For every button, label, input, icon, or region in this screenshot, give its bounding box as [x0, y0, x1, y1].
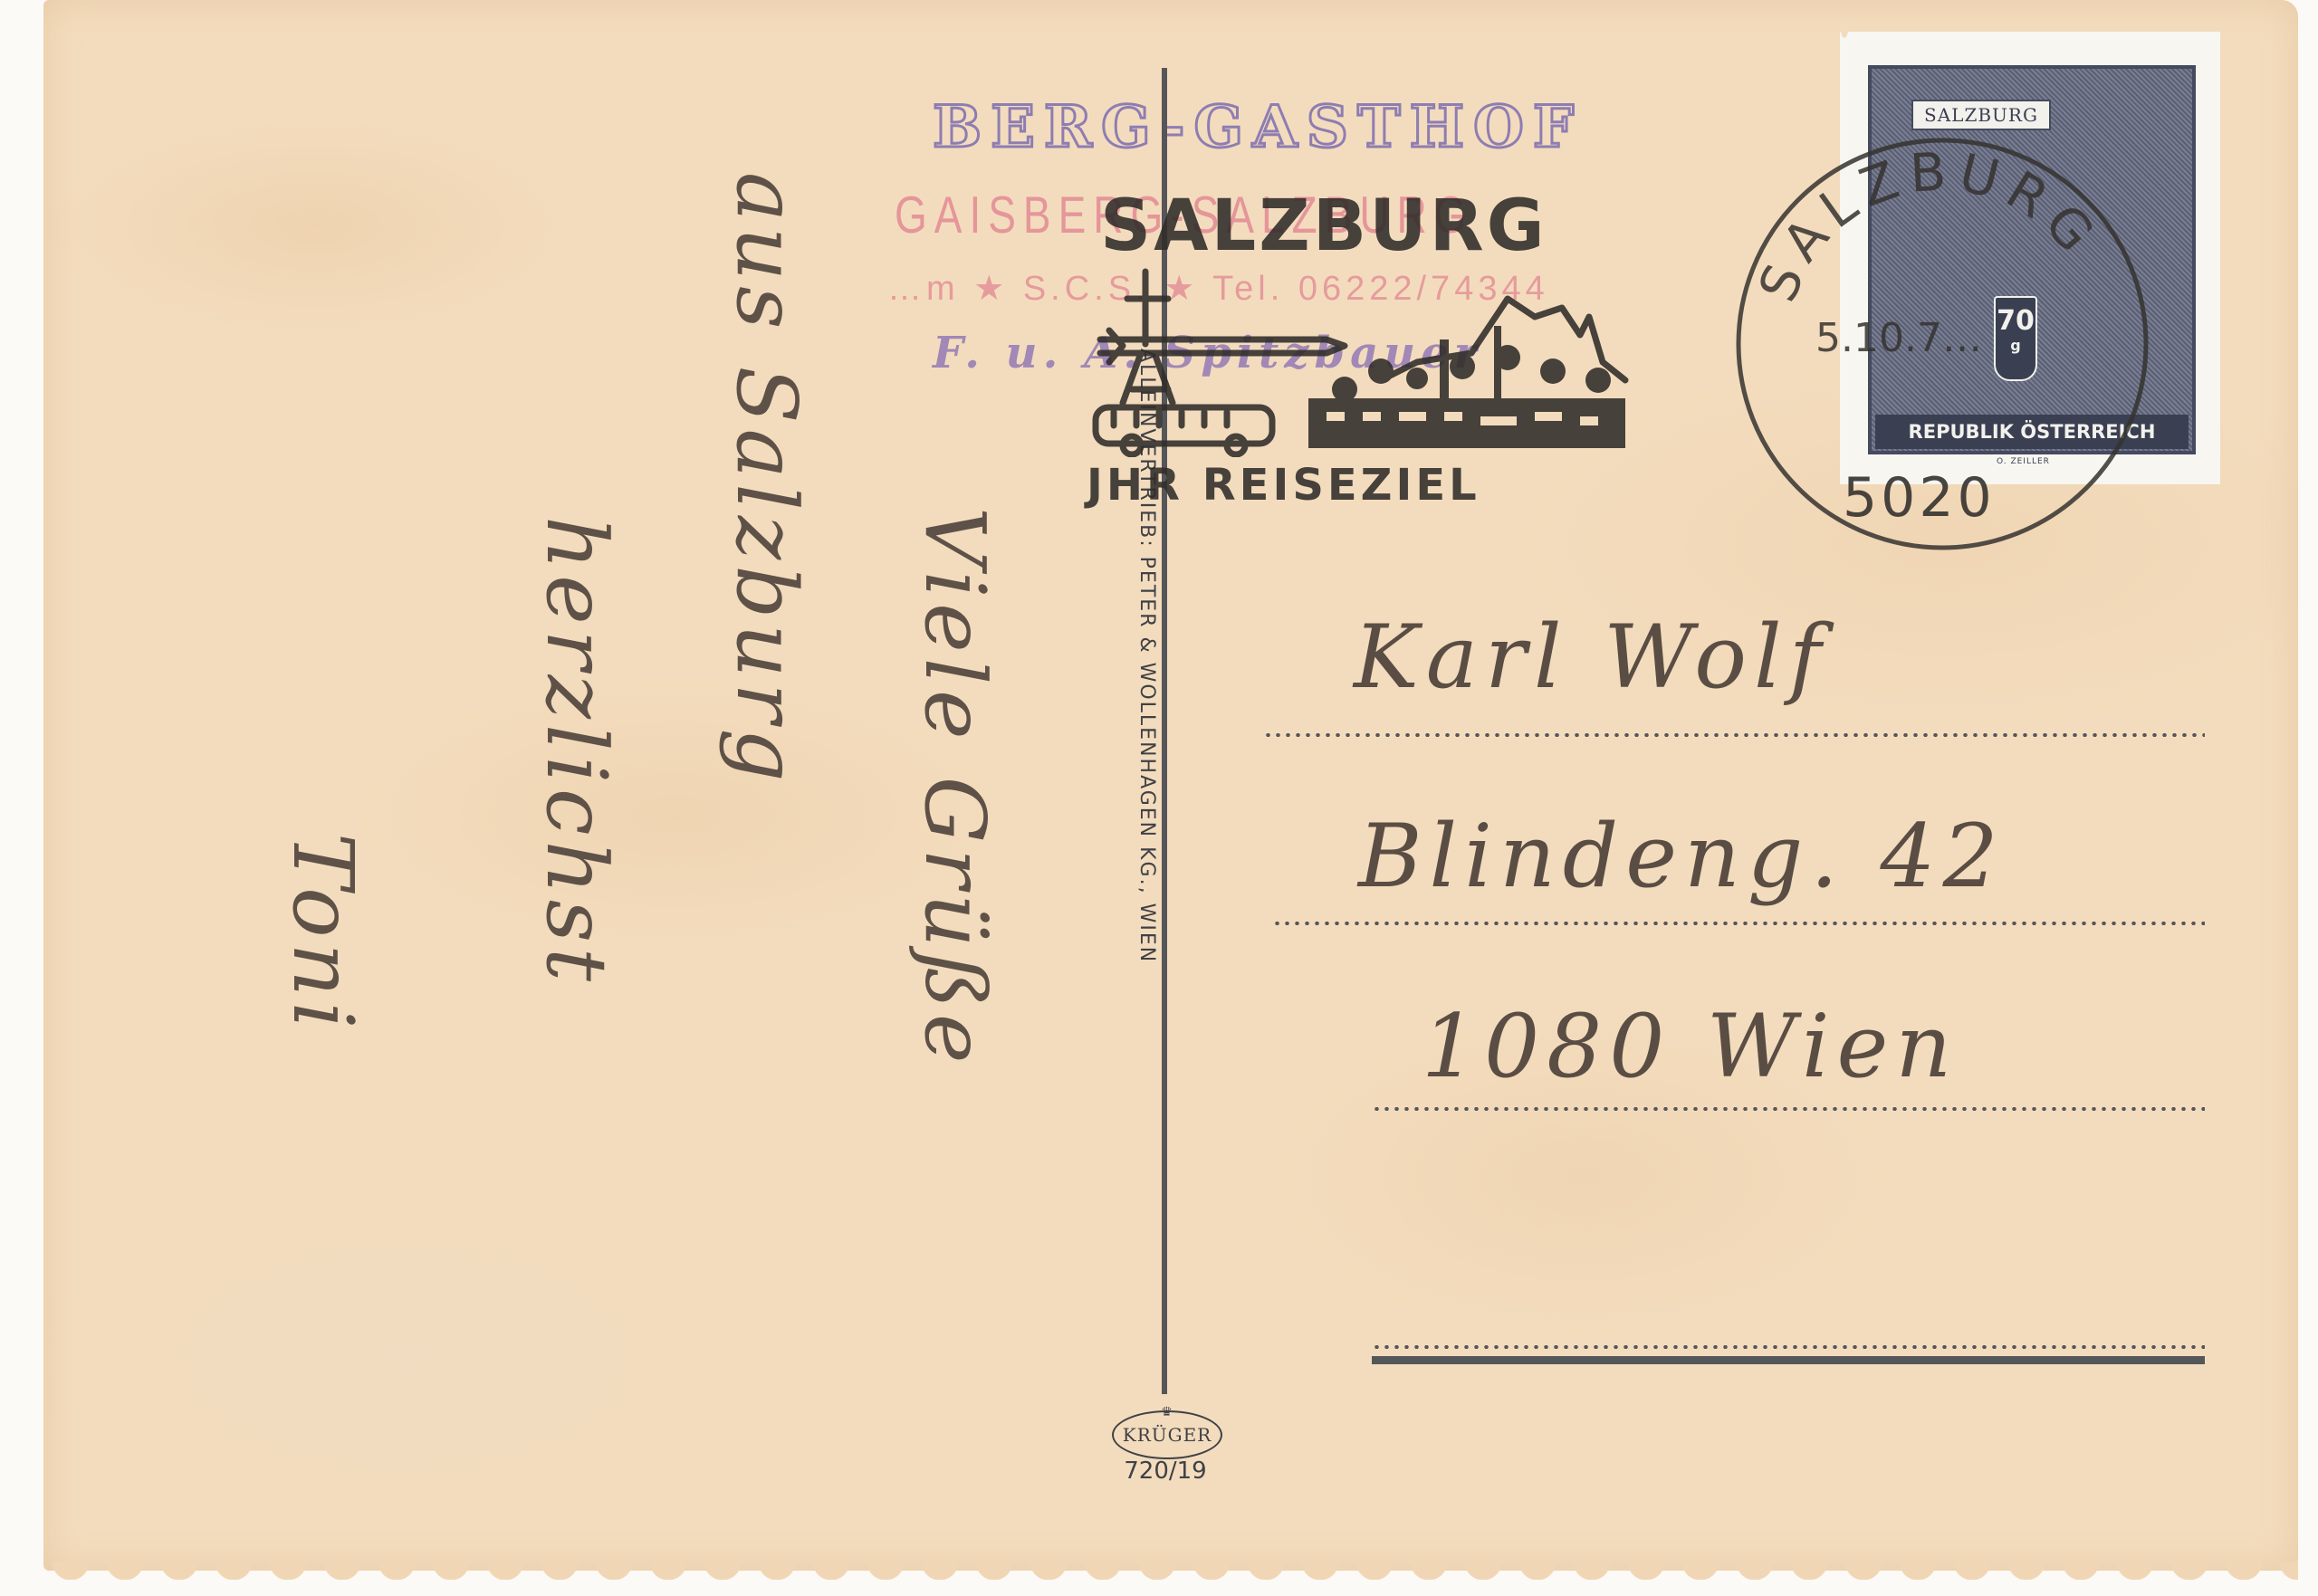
crown-icon: ♛ [1161, 1405, 1173, 1419]
address-name: Karl Wolf [1354, 607, 1828, 708]
message-line-1: Viele Grüße [906, 507, 1003, 1068]
address-line-4 [1372, 1345, 2205, 1349]
message-line-2: aus Salzburg [718, 172, 815, 787]
publisher-logo-text: KRÜGER [1123, 1424, 1212, 1446]
address-underline-bar [1372, 1356, 2205, 1364]
cancellation-city: SALZBURG [1100, 186, 1547, 267]
address-street: Blindeng. 42 [1358, 806, 2006, 907]
cancellation-slogan: JHR REISEZIEL [1087, 460, 1480, 511]
postmark-city: SALZBURG [1747, 140, 2112, 311]
postmark-postal-code: 5020 [1843, 466, 1996, 530]
address-line-1 [1263, 733, 2205, 737]
catalog-number: 720/19 [1109, 1457, 1221, 1485]
postage-stamp-title: SALZBURG [1911, 100, 2051, 130]
message-signature: Toni [274, 833, 371, 1034]
publisher-logo: ♛ KRÜGER [1112, 1410, 1222, 1459]
hotel-stamp-name: BERG-GASTHOF [933, 93, 1583, 161]
cancellation-illustration-icon [1082, 263, 1634, 457]
address-line-2 [1272, 922, 2205, 925]
address-city: 1080 Wien [1422, 996, 1959, 1097]
address-line-3 [1372, 1107, 2205, 1111]
svg-text:SALZBURG: SALZBURG [1747, 140, 2112, 311]
postmark-date: 5.10.7… [1815, 315, 1982, 361]
message-line-3: herzlichst [528, 516, 625, 987]
